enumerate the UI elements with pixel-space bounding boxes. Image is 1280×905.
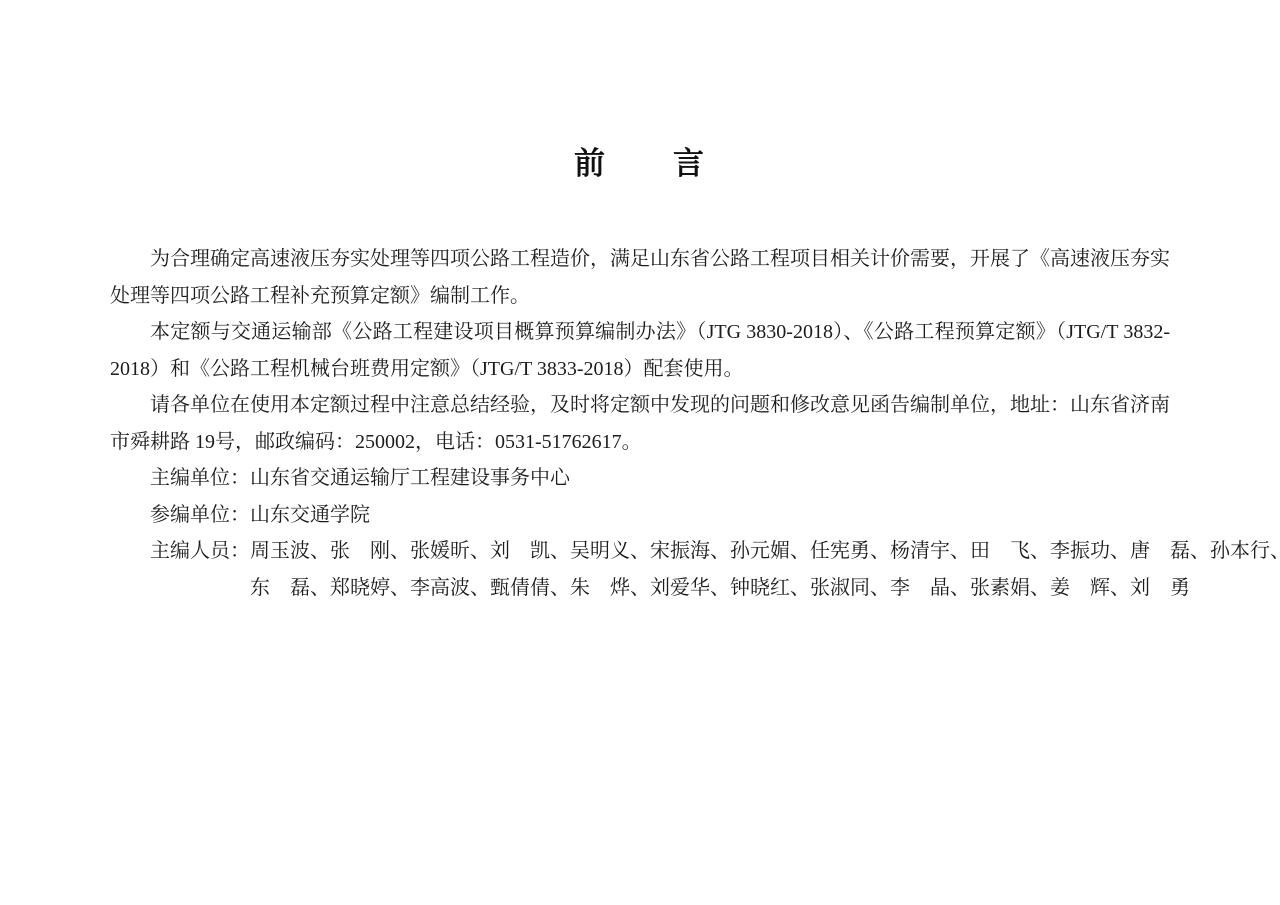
chief-editors-label: 主编人员： (150, 533, 250, 606)
paragraph-related-standards: 本定额与交通运输部《公路工程建设项目概算预算编制办法》（JTG 3830-201… (110, 314, 1170, 387)
paragraph-feedback-contact: 请各单位在使用本定额过程中注意总结经验，及时将定额中发现的问题和修改意见函告编制… (110, 387, 1170, 460)
chief-editors-row: 主编人员： 周玉波、张 刚、张媛昕、刘 凯、吴明义、宋振海、孙元媚、任宪勇、杨清… (110, 533, 1170, 606)
paragraph-purpose: 为合理确定高速液压夯实处理等四项公路工程造价，满足山东省公路工程项目相关计价需要… (110, 241, 1170, 314)
document-page: 前 言 为合理确定高速液压夯实处理等四项公路工程造价，满足山东省公路工程项目相关… (0, 0, 1280, 905)
participating-unit-label: 参编单位： (150, 504, 250, 526)
document-body: 为合理确定高速液压夯实处理等四项公路工程造价，满足山东省公路工程项目相关计价需要… (110, 241, 1170, 606)
chief-editors-line-2: 东 磊、郑晓婷、李高波、甄倩倩、朱 烨、刘爱华、钟晓红、张淑同、李 晶、张素娟、… (250, 570, 1280, 607)
participating-unit-row: 参编单位：山东交通学院 (110, 497, 1170, 534)
chief-editors-names: 周玉波、张 刚、张媛昕、刘 凯、吴明义、宋振海、孙元媚、任宪勇、杨清宇、田 飞、… (250, 533, 1280, 606)
chief-unit-row: 主编单位：山东省交通运输厅工程建设事务中心 (110, 460, 1170, 497)
page-title: 前 言 (0, 138, 1280, 183)
chief-editors-line-1: 周玉波、张 刚、张媛昕、刘 凯、吴明义、宋振海、孙元媚、任宪勇、杨清宇、田 飞、… (250, 533, 1280, 570)
chief-unit-value: 山东省交通运输厅工程建设事务中心 (250, 467, 570, 489)
participating-unit-value: 山东交通学院 (250, 504, 370, 526)
chief-unit-label: 主编单位： (150, 467, 250, 489)
